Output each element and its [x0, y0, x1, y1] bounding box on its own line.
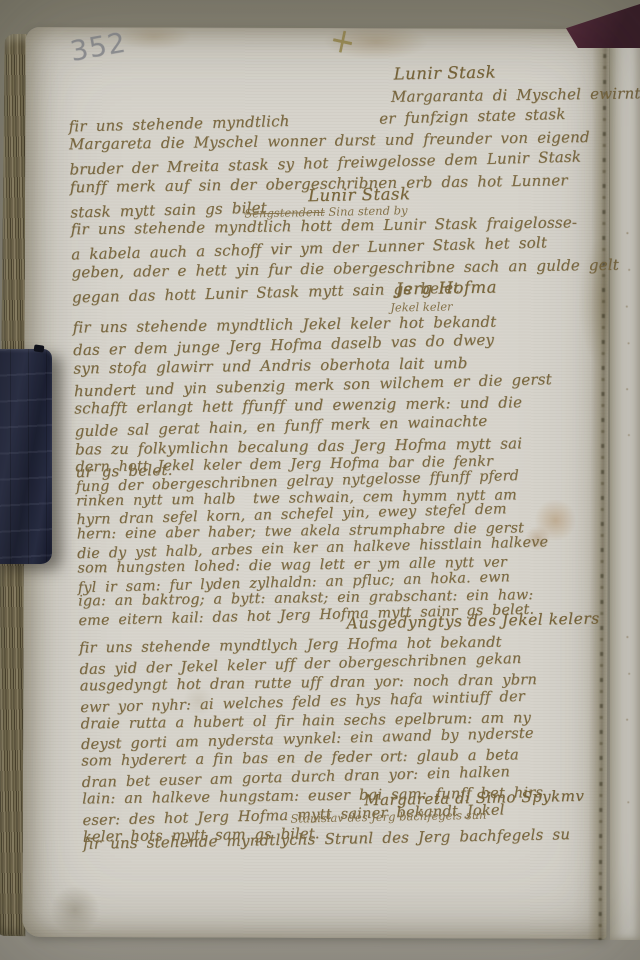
entry-heading-lunir-stask-2: Lunir Stask [308, 184, 411, 205]
entry-heading-jerg-hofma: Jerg Hofma [396, 277, 497, 298]
paragraph-4: dern hott Jekel keler dem Jerg Hofma bar… [75, 452, 549, 629]
entry-heading-margareta: Margareta di Simo Spykmv [364, 787, 585, 809]
entry-heading-lunir-stask-1: Lunir Stask [393, 62, 496, 83]
paragraph-2: fir uns stehende myndtlich hott dem Luni… [71, 210, 620, 307]
entry-heading-ausgedyngtys: Ausgedyngtys des Jekel kelers [346, 609, 599, 632]
handwritten-text-area: Lunir Stask Margaranta di Myschel ewirnt… [35, 24, 613, 940]
